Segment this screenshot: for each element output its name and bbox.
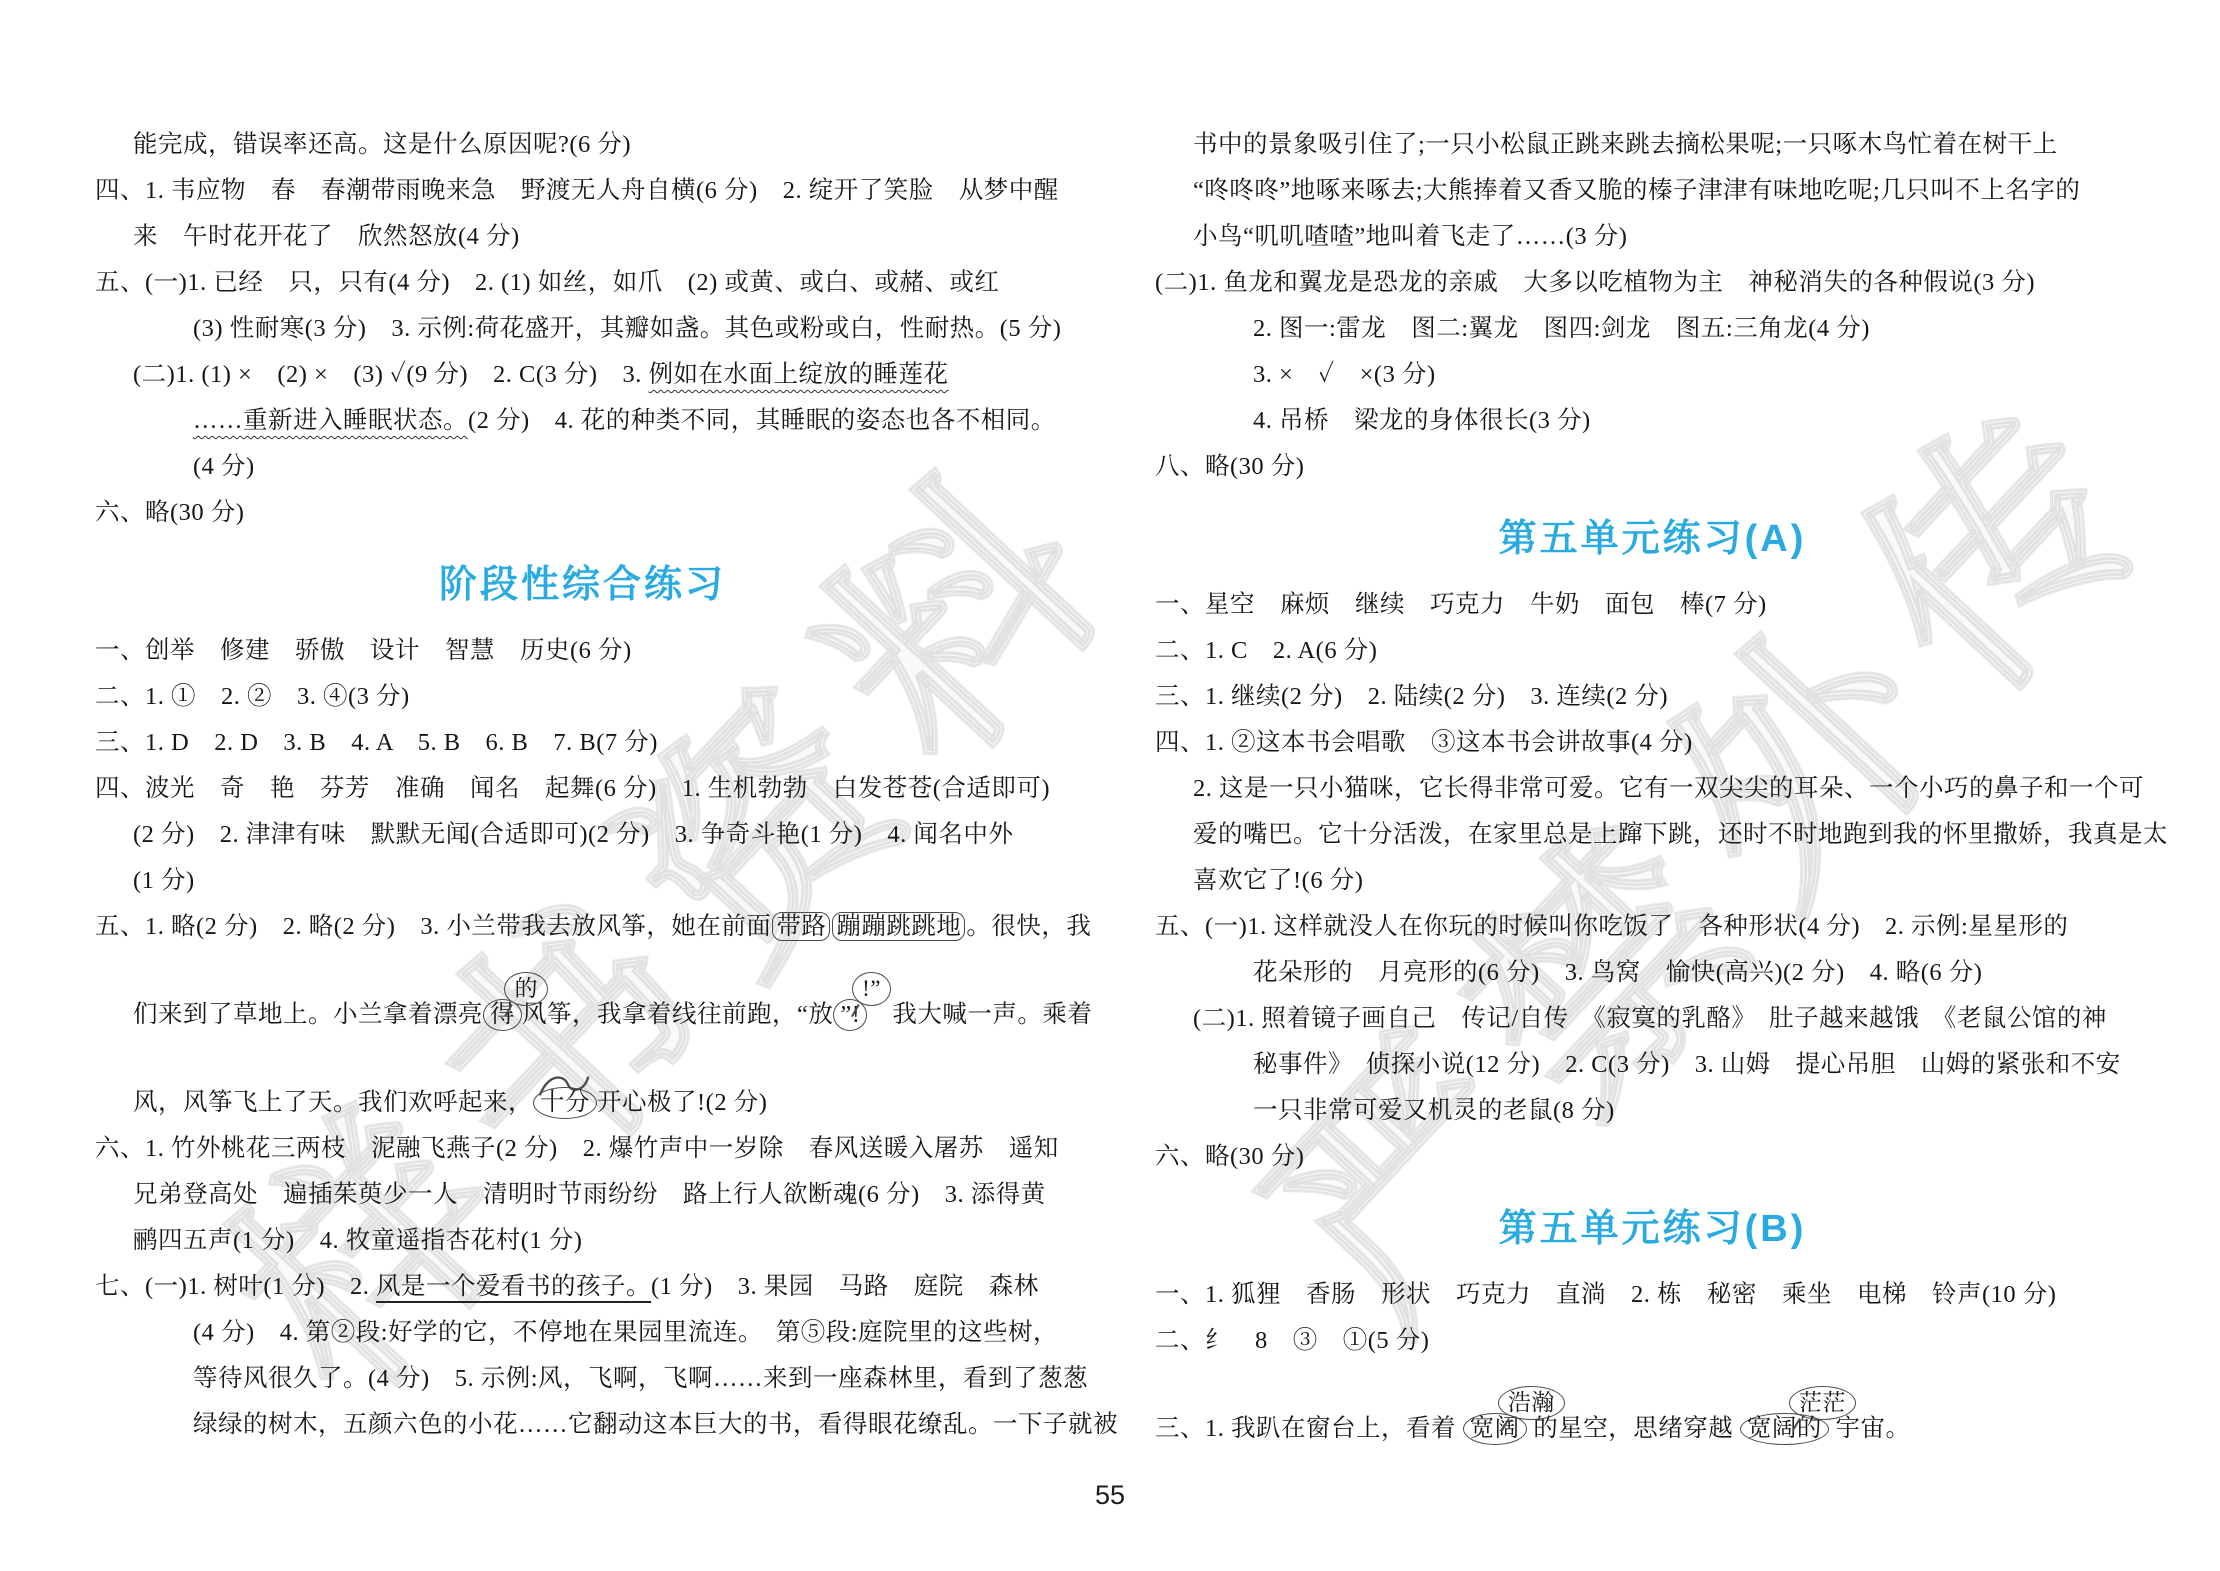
- answer-line: 喜欢它了!(6 分): [1155, 858, 2150, 904]
- correction-note: 的: [504, 972, 548, 1006]
- answer-line: 2. 这是一只小猫咪，它长得非常可爱。它有一双尖尖的耳朵、一个小巧的鼻子和一个可: [1155, 766, 2150, 812]
- answer-line: 四、波光 奇 艳 芬芳 准确 闻名 起舞(6 分) 1. 生机勃勃 白发苍苍(合…: [95, 766, 1070, 812]
- answer-line: 2. 图一:雷龙 图二:翼龙 图四:剑龙 图五:三角龙(4 分): [1155, 306, 2150, 352]
- answer-line: 秘事件》 侦探小说(12 分) 2. C(3 分) 3. 山姆 提心吊胆 山姆的…: [1155, 1042, 2150, 1088]
- answer-line: (3) 性耐寒(3 分) 3. 示例:荷花盛开，其瓣如盏。其色或粉或白，性耐热。…: [95, 306, 1070, 352]
- answer-line: 绿绿的树木，五颜六色的小花……它翻动这本巨大的书，看得眼花缭乱。一下子就被: [95, 1402, 1070, 1448]
- answer-line: 一、创举 修建 骄傲 设计 智慧 历史(6 分): [95, 628, 1070, 674]
- right-column: 书中的景象吸引住了;一只小松鼠正跳来跳去摘松果呢;一只啄木鸟忙着在树干上“咚咚咚…: [1155, 122, 2150, 1452]
- answer-line: 等待风很久了。(4 分) 5. 示例:风，飞啊，飞啊……来到一座森林里，看到了葱…: [95, 1356, 1070, 1402]
- answer-line: 二、纟 8 ③ ①(5 分): [1155, 1318, 2150, 1364]
- answer-line: (二)1. 照着镜子画自己 传记/自传 《寂寞的乳酪》 肚子越来越饿 《老鼠公馆…: [1155, 996, 2150, 1042]
- answer-line: 书中的景象吸引住了;一只小松鼠正跳来跳去摘松果呢;一只啄木鸟忙着在树干上: [1155, 122, 2150, 168]
- transposition-mark: 蹦蹦跳跳地: [832, 912, 965, 941]
- answer-line: 们来到了草地上。小兰拿着漂亮的得风筝，我拿着线往前跑，“放!””! 我大喊一声。…: [95, 950, 1070, 1038]
- answer-line: 三、1. 继续(2 分) 2. 陆续(2 分) 3. 连续(2 分): [1155, 674, 2150, 720]
- answer-line: 二、1. ① 2. ② 3. ④(3 分): [95, 674, 1070, 720]
- answer-line: ……重新进入睡眠状态。(2 分) 4. 花的种类不同，其睡眠的姿态也各不相同。: [95, 398, 1070, 444]
- answer-line: 七、(一)1. 树叶(1 分) 2. 风是一个爱看书的孩子。(1 分) 3. 果…: [95, 1264, 1070, 1310]
- left-column: 能完成，错误率还高。这是什么原因呢?(6 分)四、1. 韦应物 春 春潮带雨晚来…: [95, 122, 1070, 1448]
- deletion-squiggle-icon: [535, 1071, 593, 1099]
- transposition-mark: 带路: [772, 912, 830, 941]
- answer-line: 兄弟登高处 遍插茱萸少一人 清明时节雨纷纷 路上行人欲断魂(6 分) 3. 添得…: [95, 1172, 1070, 1218]
- correction-mark: 浩瀚宽阔: [1463, 1406, 1527, 1452]
- answer-line: 六、1. 竹外桃花三两枝 泥融飞燕子(2 分) 2. 爆竹声中一岁除 春风送暖入…: [95, 1126, 1070, 1172]
- answer-line: 4. 吊桥 梁龙的身体很长(3 分): [1155, 398, 2150, 444]
- answer-line: 一、星空 麻烦 继续 巧克力 牛奶 面包 棒(7 分): [1155, 582, 2150, 628]
- correction-note: 浩瀚: [1498, 1386, 1565, 1420]
- page-number: 55: [0, 1480, 2220, 1511]
- answer-key-page: { "page": { "number": "55", "accent": "#…: [0, 0, 2220, 1571]
- answer-line: 爱的嘴巴。它十分活泼，在家里总是上蹿下跳，还时不时地跑到我的怀里撒娇，我真是太: [1155, 812, 2150, 858]
- answer-line: 花朵形的 月亮形的(6 分) 3. 鸟窝 愉快(高兴)(2 分) 4. 略(6 …: [1155, 950, 2150, 996]
- answer-line: (4 分) 4. 第②段:好学的它，不停地在果园里流连。 第⑤段:庭院里的这些树…: [95, 1310, 1070, 1356]
- answer-line: 来 午时花开花了 欣然怒放(4 分): [95, 214, 1070, 260]
- section-heading: 第五单元练习(A): [1155, 514, 2150, 564]
- answer-line: 能完成，错误率还高。这是什么原因呢?(6 分): [95, 122, 1070, 168]
- correction-mark: !””!: [833, 992, 867, 1038]
- answer-line: 一只非常可爱又机灵的老鼠(8 分): [1155, 1088, 2150, 1134]
- answer-line: 五、(一)1. 已经 只，只有(4 分) 2. (1) 如丝，如爪 (2) 或黄…: [95, 260, 1070, 306]
- correction-mark: 茫茫宽阔的: [1740, 1406, 1829, 1452]
- answer-line: 四、1. 韦应物 春 春潮带雨晚来急 野渡无人舟自横(6 分) 2. 绽开了笑脸…: [95, 168, 1070, 214]
- correction-note: 茫茫: [1789, 1386, 1856, 1420]
- answer-line: (二)1. (1) × (2) × (3) ✓(9 分) 2. C(3 分) 3…: [95, 352, 1070, 398]
- correction-note: !”: [852, 972, 891, 1006]
- answer-line: 四、1. ②这本书会唱歌 ③这本书会讲故事(4 分): [1155, 720, 2150, 766]
- answer-line: (2 分) 2. 津津有味 默默无闻(合适即可)(2 分) 3. 争奇斗艳(1 …: [95, 812, 1070, 858]
- deletion-mark: 十分: [533, 1080, 597, 1126]
- section-heading: 第五单元练习(B): [1155, 1204, 2150, 1254]
- answer-line: 风，风筝飞上了天。我们欢呼起来，十分开心极了!(2 分): [95, 1038, 1070, 1126]
- answer-line: (二)1. 鱼龙和翼龙是恐龙的亲戚 大多以吃植物为主 神秘消失的各种假说(3 分…: [1155, 260, 2150, 306]
- section-heading: 阶段性综合练习: [95, 560, 1070, 610]
- answer-line: (1 分): [95, 858, 1070, 904]
- answer-line: 3. × ✓ ×(3 分): [1155, 352, 2150, 398]
- answer-line: 五、(一)1. 这样就没人在你玩的时候叫你吃饭了 各种形状(4 分) 2. 示例…: [1155, 904, 2150, 950]
- answer-line: 六、略(30 分): [1155, 1134, 2150, 1180]
- answer-line: 鹂四五声(1 分) 4. 牧童遥指杏花村(1 分): [95, 1218, 1070, 1264]
- answer-line: 六、略(30 分): [95, 490, 1070, 536]
- correction-mark: 的得: [483, 992, 522, 1038]
- answer-line: 三、1. D 2. D 3. B 4. A 5. B 6. B 7. B(7 分…: [95, 720, 1070, 766]
- wavy-underlined-text: ……重新进入睡眠状态。: [193, 407, 468, 434]
- answer-line: 小鸟“叽叽喳喳”地叫着飞走了……(3 分): [1155, 214, 2150, 260]
- answer-line: (4 分): [95, 444, 1070, 490]
- answer-line: 一、1. 狐狸 香肠 形状 巧克力 直淌 2. 栋 秘密 乘坐 电梯 铃声(10…: [1155, 1272, 2150, 1318]
- answer-line: “咚咚咚”地啄来啄去;大熊捧着又香又脆的榛子津津有味地吃呢;几只叫不上名字的: [1155, 168, 2150, 214]
- answer-line: 五、1. 略(2 分) 2. 略(2 分) 3. 小兰带我去放风筝，她在前面带路…: [95, 904, 1070, 950]
- answer-line: 二、1. C 2. A(6 分): [1155, 628, 2150, 674]
- answer-line: 八、略(30 分): [1155, 444, 2150, 490]
- underlined-text: 风是一个爱看书的孩子。: [376, 1273, 651, 1300]
- answer-line: 三、1. 我趴在窗台上，看着 浩瀚宽阔 的星空，思绪穿越 茫茫宽阔的 宇宙。: [1155, 1364, 2150, 1452]
- wavy-underlined-text: 例如在水面上绽放的睡莲花: [649, 361, 949, 388]
